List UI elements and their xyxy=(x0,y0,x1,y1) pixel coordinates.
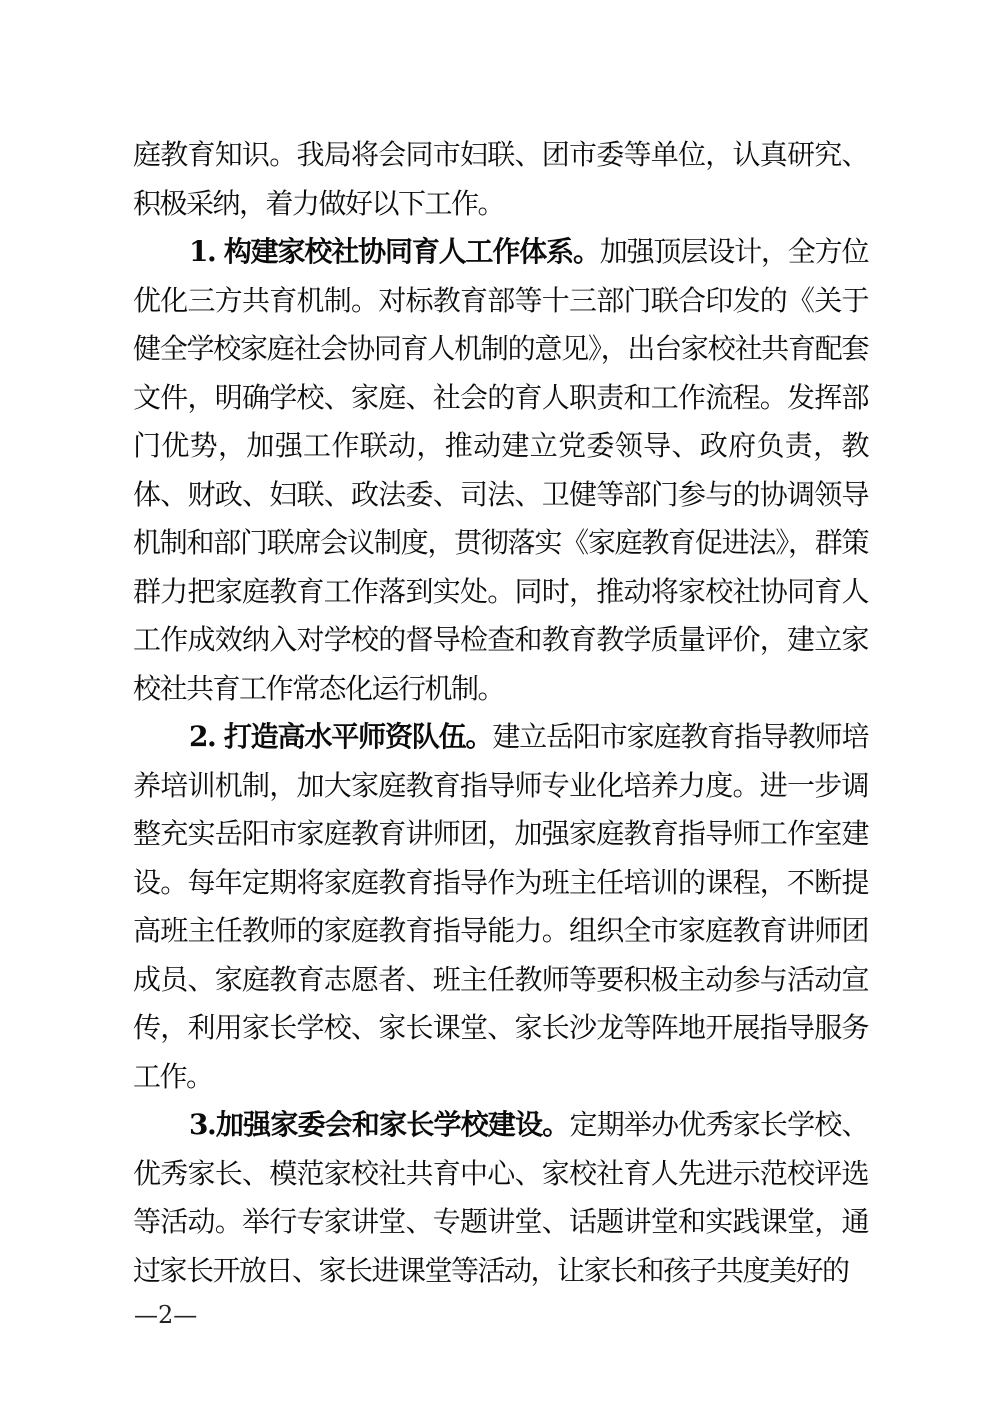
paragraph-continuation-text: 庭教育知识。我局将会同市妇联、团市委等单位，认真研究、积极采纳，着力做好以下工作… xyxy=(133,138,868,220)
point-1-text: 加强顶层设计，全方位优化三方共育机制。对标教育部等十三部门联合印发的《关于健全学… xyxy=(133,235,868,705)
page-number: —2— xyxy=(134,1300,197,1330)
document-body: 庭教育知识。我局将会同市妇联、团市委等单位，认真研究、积极采纳，着力做好以下工作… xyxy=(133,131,868,1295)
point-2-heading: 2. 打造高水平师资队伍。 xyxy=(189,720,492,753)
document-page: 庭教育知识。我局将会同市妇联、团市委等单位，认真研究、积极采纳，着力做好以下工作… xyxy=(0,0,1000,1414)
paragraph-point-3: 3.加强家委会和家长学校建设。定期举办优秀家长学校、优秀家长、模范家校社共育中心… xyxy=(133,1101,868,1295)
paragraph-continuation: 庭教育知识。我局将会同市妇联、团市委等单位，认真研究、积极采纳，着力做好以下工作… xyxy=(133,131,868,228)
point-3-heading: 3.加强家委会和家长学校建设。 xyxy=(189,1108,570,1141)
paragraph-point-2: 2. 打造高水平师资队伍。建立岳阳市家庭教育指导教师培养培训机制，加大家庭教育指… xyxy=(133,713,868,1101)
point-1-heading: 1. 构建家校社协同育人工作体系。 xyxy=(189,235,600,268)
paragraph-point-1: 1. 构建家校社协同育人工作体系。加强顶层设计，全方位优化三方共育机制。对标教育… xyxy=(133,228,868,713)
point-2-text: 建立岳阳市家庭教育指导教师培养培训机制，加大家庭教育指导师专业化培养力度。进一步… xyxy=(133,720,868,1093)
